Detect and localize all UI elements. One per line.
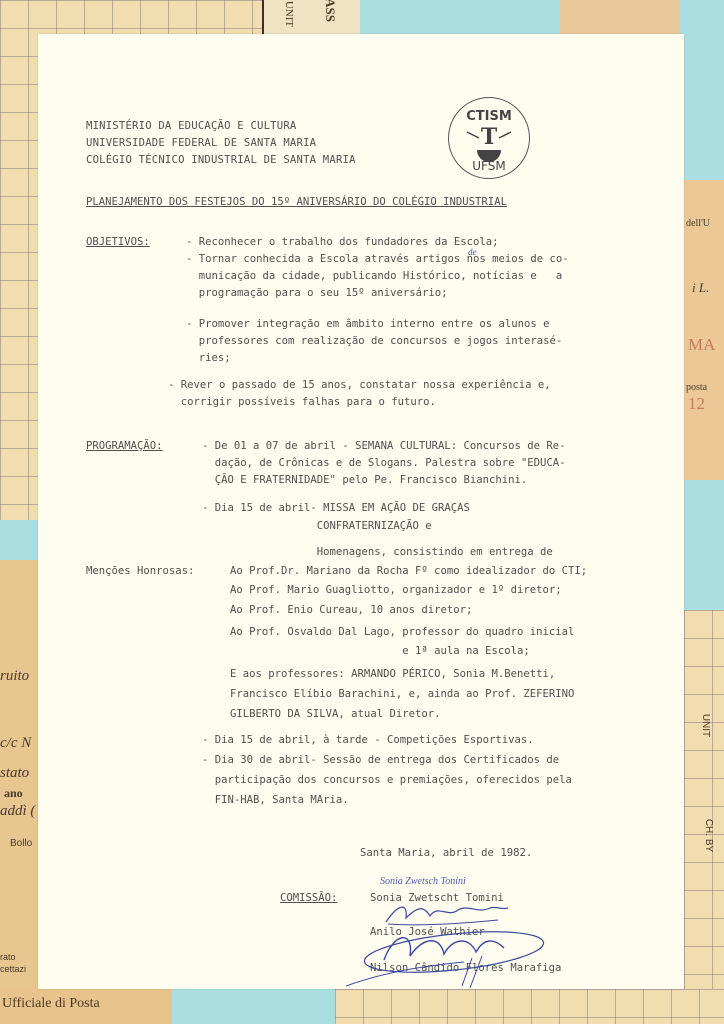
mencoes-line-6: E aos professores: ARMANDO PÉRICO, Sonia…: [230, 666, 555, 683]
bg-text-left-2: c/c N: [0, 735, 31, 752]
mencoes-line-2: Ao Prof. Mario Guagliotto, organizador e…: [230, 582, 562, 599]
handwritten-insert: de: [468, 244, 477, 261]
svg-text:CTISM: CTISM: [466, 109, 512, 124]
svg-text:UFSM: UFSM: [472, 159, 505, 173]
objetivos-line-9: corrigir possíveis falhas para o futuro.: [168, 394, 436, 411]
mencoes-line-5: e 1ª aula na Escola;: [230, 643, 530, 660]
bg-text-right-1: dell'U: [686, 218, 710, 229]
signature-scribble-3: [344, 922, 554, 992]
objetivos-line-5: - Promover integração em âmbito interno …: [186, 316, 550, 333]
place-date: Santa Maria, abril de 1982.: [360, 845, 532, 862]
header-university: UNIVERSIDADE FEDERAL DE SANTA MARIA: [86, 135, 316, 152]
mencoes-label: Menções Honrosas:: [86, 563, 194, 580]
bg-text-right-5: 12: [688, 394, 705, 414]
mencoes-line-8: GILBERTO DA SILVA, atual Diretor.: [230, 706, 440, 723]
bg-grid-paper-right: [684, 610, 724, 1024]
bg-text-right-4: posta: [686, 382, 707, 393]
programacao-cont-line-1: - Dia 15 de abril, à tarde - Competições…: [202, 732, 534, 749]
bg-text-left-4: ano: [4, 786, 23, 801]
programacao-line-6: Homenagens, consistindo em entrega de: [202, 544, 553, 561]
programacao-cont-line-3: participação dos concursos e premiações,…: [202, 772, 572, 789]
mencoes-line-1: Ao Prof.Dr. Mariano da Rocha Fº como ide…: [230, 563, 587, 580]
bg-text-right-2: i L.: [692, 280, 709, 296]
header-ministry: MINISTÉRIO DA EDUCAÇÃO E CULTURA: [86, 118, 297, 135]
programacao-cont-line-2: - Dia 30 de abril- Sessão de entrega dos…: [202, 752, 559, 769]
objetivos-line-2: - Tornar conhecida a Escola através arti…: [186, 251, 569, 268]
bg-text-left-5: addì (: [0, 803, 35, 820]
comissao-label: COMISSÃO:: [280, 890, 337, 907]
bg-text-left-3: stato: [0, 765, 29, 782]
mencoes-line-4: Ao Prof. Osvaldo Dal Lago, professor do …: [230, 624, 574, 641]
programacao-line-5: CONFRATERNIZAÇÃO e: [202, 518, 432, 535]
bg-text-left-7: rato: [0, 952, 16, 962]
bg-text-left-8: cettazi: [0, 964, 26, 974]
programacao-line-1: - De 01 a 07 de abril - SEMANA CULTURAL:…: [202, 438, 566, 455]
programacao-line-3: ÇÃO E FRATERNIDADE" pelo Pe. Francisco B…: [202, 472, 527, 489]
mencoes-line-7: Francisco Elíbio Barachini, e, ainda ao …: [230, 686, 574, 703]
programacao-line-2: dação, de Crônicas e de Slogans. Palestr…: [202, 455, 566, 472]
ctism-seal-logo: CTISM T UFSM: [448, 97, 530, 179]
header-college: COLÉGIO TÉCNICO INDUSTRIAL DE SANTA MARI…: [86, 152, 356, 169]
bg-text-left-1: ruito: [0, 668, 29, 685]
bg-text-stamp-top-2: UNIT: [283, 1, 295, 27]
objetivos-line-1: - Reconhecer o trabalho dos fundadores d…: [186, 234, 499, 251]
objetivos-line-4: programação para o seu 15º aniversário;: [186, 285, 448, 302]
handwritten-signature-1: Sonia Zwetsch Tonini: [380, 874, 466, 891]
bg-text-right-3: MA: [688, 335, 715, 355]
objetivos-label: OBJETIVOS:: [86, 234, 150, 251]
document-title: PLANEJAMENTO DOS FESTEJOS DO 15º ANIVERS…: [86, 194, 507, 211]
programacao-line-4: - Dia 15 de abril- MISSA EM AÇÃO DE GRAÇ…: [202, 500, 470, 517]
gear-t-emblem-icon: CTISM T UFSM: [449, 98, 529, 178]
bg-text-left-6: Bollo: [10, 838, 32, 849]
svg-text:T: T: [481, 124, 498, 150]
objetivos-line-7: ries;: [186, 350, 231, 367]
bg-text-chby: CH. BY: [703, 819, 714, 852]
bg-text-stamp-top: ASS: [322, 0, 338, 22]
objetivos-line-3: municação da cidade, publicando Históric…: [186, 268, 562, 285]
programacao-cont-line-4: FIN-HAB, Santa MAria.: [202, 792, 349, 809]
objetivos-line-8: - Rever o passado de 15 anos, constatar …: [168, 377, 551, 394]
bg-text-unit: UNIT: [700, 714, 711, 737]
programacao-label: PROGRAMAÇÃO:: [86, 438, 163, 455]
mencoes-line-3: Ao Prof. Enio Cureau, 10 anos diretor;: [230, 602, 472, 619]
bg-text-bottom-left: Ufficiale di Posta: [2, 996, 100, 1012]
bg-grid-paper-bottom: [335, 989, 724, 1024]
objetivos-line-6: professores com realização de concursos …: [186, 333, 562, 350]
bg-tan-top-right: [560, 0, 680, 34]
